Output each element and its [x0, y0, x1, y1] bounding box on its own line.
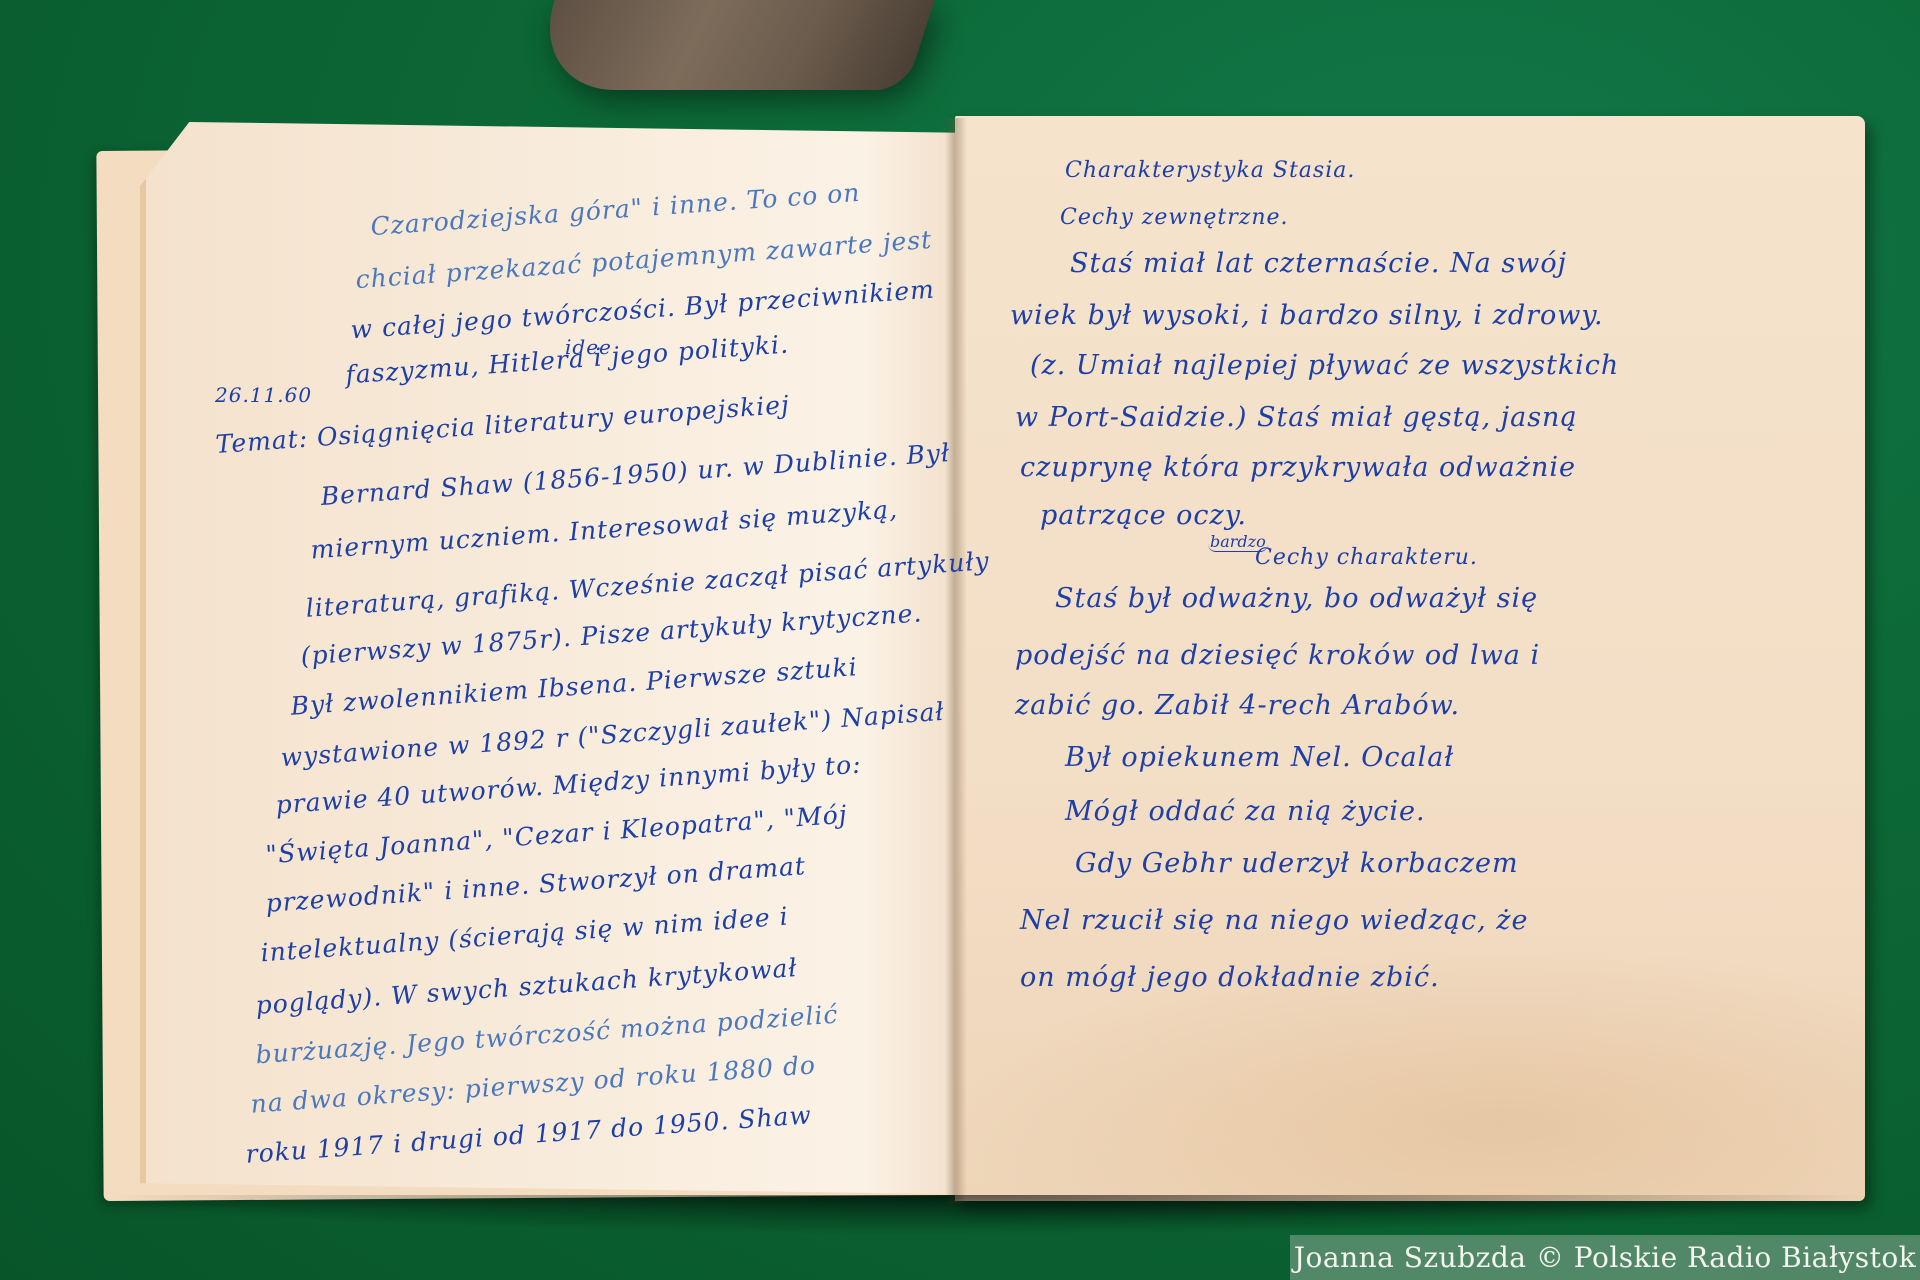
right-line: (z. Umiał najlepiej pływać ze wszystkich	[1030, 350, 1619, 381]
right-line: podejść na dziesięć kroków od lwa i	[1015, 640, 1540, 671]
right-line: zabić go. Zabił 4-rech Arabów.	[1015, 690, 1460, 721]
open-notebook: Czarodziejska góra" i inne. To co on chc…	[0, 0, 1920, 1280]
right-subheading: Cechy charakteru.	[1255, 545, 1478, 570]
right-line: Nel rzucił się na niego wiedząc, że	[1020, 905, 1529, 936]
notebook-shadow	[100, 1195, 1880, 1235]
right-line: Staś był odważny, bo odważył się	[1055, 583, 1538, 614]
insertion-mark: bardzo	[1208, 532, 1268, 552]
right-line: Mógł oddać za nią życie.	[1065, 796, 1426, 827]
notebook-gutter	[945, 118, 967, 1203]
right-line: on mógł jego dokładnie zbić.	[1020, 962, 1440, 993]
right-line: Był opiekunem Nel. Ocalał	[1065, 742, 1454, 773]
right-line: czuprynę która przykrywała odważnie	[1020, 452, 1576, 483]
right-line: patrzące oczy.	[1040, 500, 1247, 531]
right-line: w Port-Saidzie.) Staś miał gęstą, jasną	[1015, 402, 1578, 433]
right-line: Staś miał lat czternaście. Na swój	[1070, 248, 1567, 279]
right-subheading: Cechy zewnętrzne.	[1060, 205, 1289, 230]
photo-credit-watermark: Joanna Szubzda © Polskie Radio Białystok	[1290, 1235, 1920, 1280]
right-title: Charakterystyka Stasia.	[1065, 158, 1355, 183]
right-line: wiek był wysoki, i bardzo silny, i zdrow…	[1010, 300, 1604, 331]
right-line: Gdy Gebhr uderzył korbaczem	[1075, 848, 1519, 879]
left-date: 26.11.60	[215, 383, 312, 407]
left-line-heading: idee	[565, 335, 612, 359]
